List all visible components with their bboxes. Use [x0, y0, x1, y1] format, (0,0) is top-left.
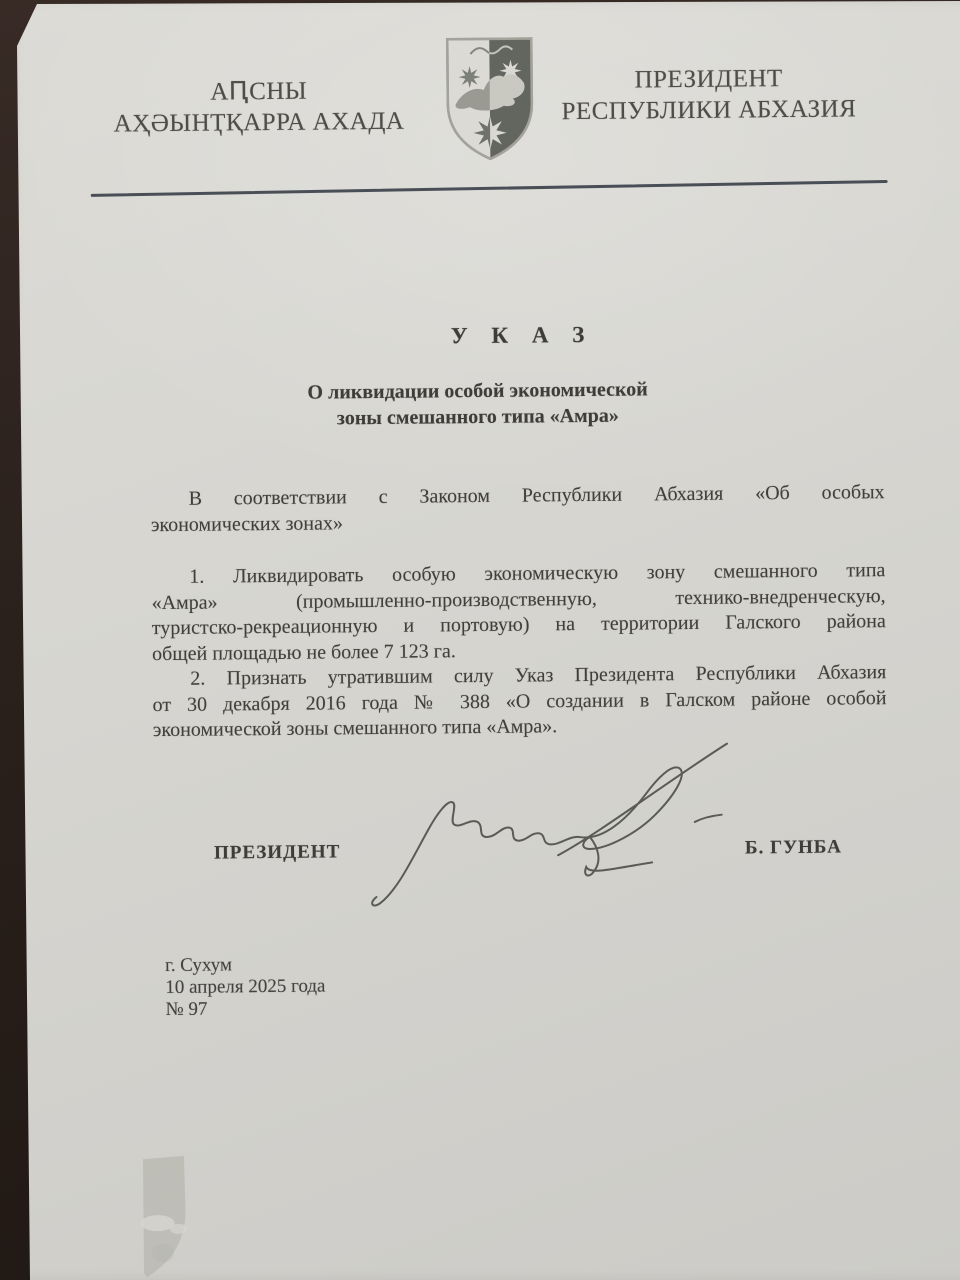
footer-city: г. Сухум	[165, 954, 325, 978]
header-right-line2: РЕСПУБЛИКИ АБХАЗИЯ	[559, 93, 859, 127]
abkhazia-coat-of-arms-icon	[442, 35, 537, 163]
footer-number: № 97	[165, 997, 325, 1021]
signature-role: ПРЕЗИДЕНТ	[214, 841, 341, 864]
header-right-russian: ПРЕЗИДЕНТ РЕСПУБЛИКИ АБХАЗИЯ	[558, 62, 859, 127]
header-left-abkhaz: АԤСНЫ АҲӘЫНҬҚАРРА АХАДА	[109, 75, 410, 140]
header-divider-rule	[91, 180, 888, 197]
handwritten-signature-icon	[349, 736, 741, 910]
header-left-line2: АҲӘЫНҬҚАРРА АХАДА	[109, 106, 409, 140]
document-paper: АԤСНЫ АҲӘЫНҬҚАРРА АХАДА	[0, 0, 960, 1280]
emblem-bleed-through-icon	[138, 1155, 193, 1280]
decree-body: В соответствии с Законом Республики Абха…	[151, 480, 887, 744]
photo-of-decree: { "colors": { "background": "#2b211d", "…	[0, 0, 960, 1280]
header-right-line1: ПРЕЗИДЕНТ	[558, 62, 858, 96]
decree-subject-line2: зоны смешанного типа «Амра»	[128, 401, 828, 434]
decree-title: У К А З	[149, 319, 895, 352]
document-content: АԤСНЫ АҲӘЫНҬҚАРРА АХАДА	[0, 0, 960, 1280]
header-left-line1: АԤСНЫ	[109, 75, 409, 109]
footer-date: 10 апреля 2025 года	[165, 975, 325, 999]
signature-name: Б. ГУНБА	[745, 837, 842, 860]
decree-subject: О ликвидации особой экономической зоны с…	[128, 375, 828, 434]
decree-footer: г. Сухум 10 апреля 2025 года № 97	[165, 954, 326, 1022]
